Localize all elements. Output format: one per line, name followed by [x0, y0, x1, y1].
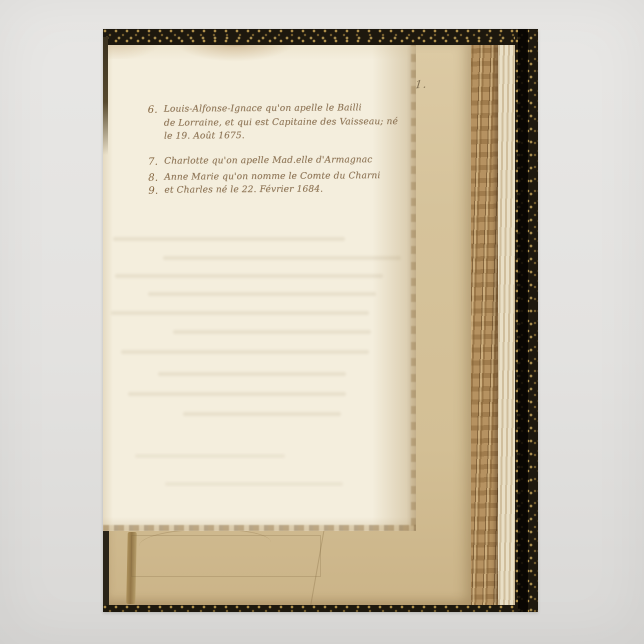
entry-number: 6. — [148, 104, 164, 118]
page-number: 1. — [414, 79, 428, 91]
fore-edge-light-strip — [498, 41, 515, 605]
entry-number: 9. — [148, 185, 164, 199]
entry-7: 7. Charlotte qu'on apelle Mad.elle d'Arm… — [148, 154, 372, 169]
book-cover-bottom-edge — [103, 605, 518, 612]
deckled-edge-bottom — [103, 525, 416, 531]
entry-number: 8. — [148, 172, 164, 186]
book-cover-left-sliver — [103, 37, 108, 155]
book-cover-right-edge — [515, 29, 538, 612]
manuscript-page: 6. Louis-Alfonse-Ignace qu'on apelle le … — [103, 34, 416, 531]
entry-number: 7. — [148, 156, 164, 170]
deckled-edge-right — [411, 38, 416, 529]
entry-line: Charlotte qu'on apelle Mad.elle d'Armagn… — [164, 154, 372, 169]
book-photo: 1. 6. — [103, 29, 538, 612]
entry-line: le 19. Août 1675. — [164, 129, 398, 144]
entry-6: 6. Louis-Alfonse-Ignace qu'on apelle le … — [148, 102, 398, 145]
manuscript-entries: 6. Louis-Alfonse-Ignace qu'on apelle le … — [103, 33, 418, 532]
entry-9: 9. et Charles né le 22. Février 1684. — [148, 184, 323, 199]
book-cover-top-edge — [103, 29, 538, 45]
poster-background: 1. 6. — [0, 0, 644, 644]
pencil-sketch-curve — [139, 529, 271, 548]
entry-line: et Charles né le 22. Février 1684. — [164, 184, 323, 199]
